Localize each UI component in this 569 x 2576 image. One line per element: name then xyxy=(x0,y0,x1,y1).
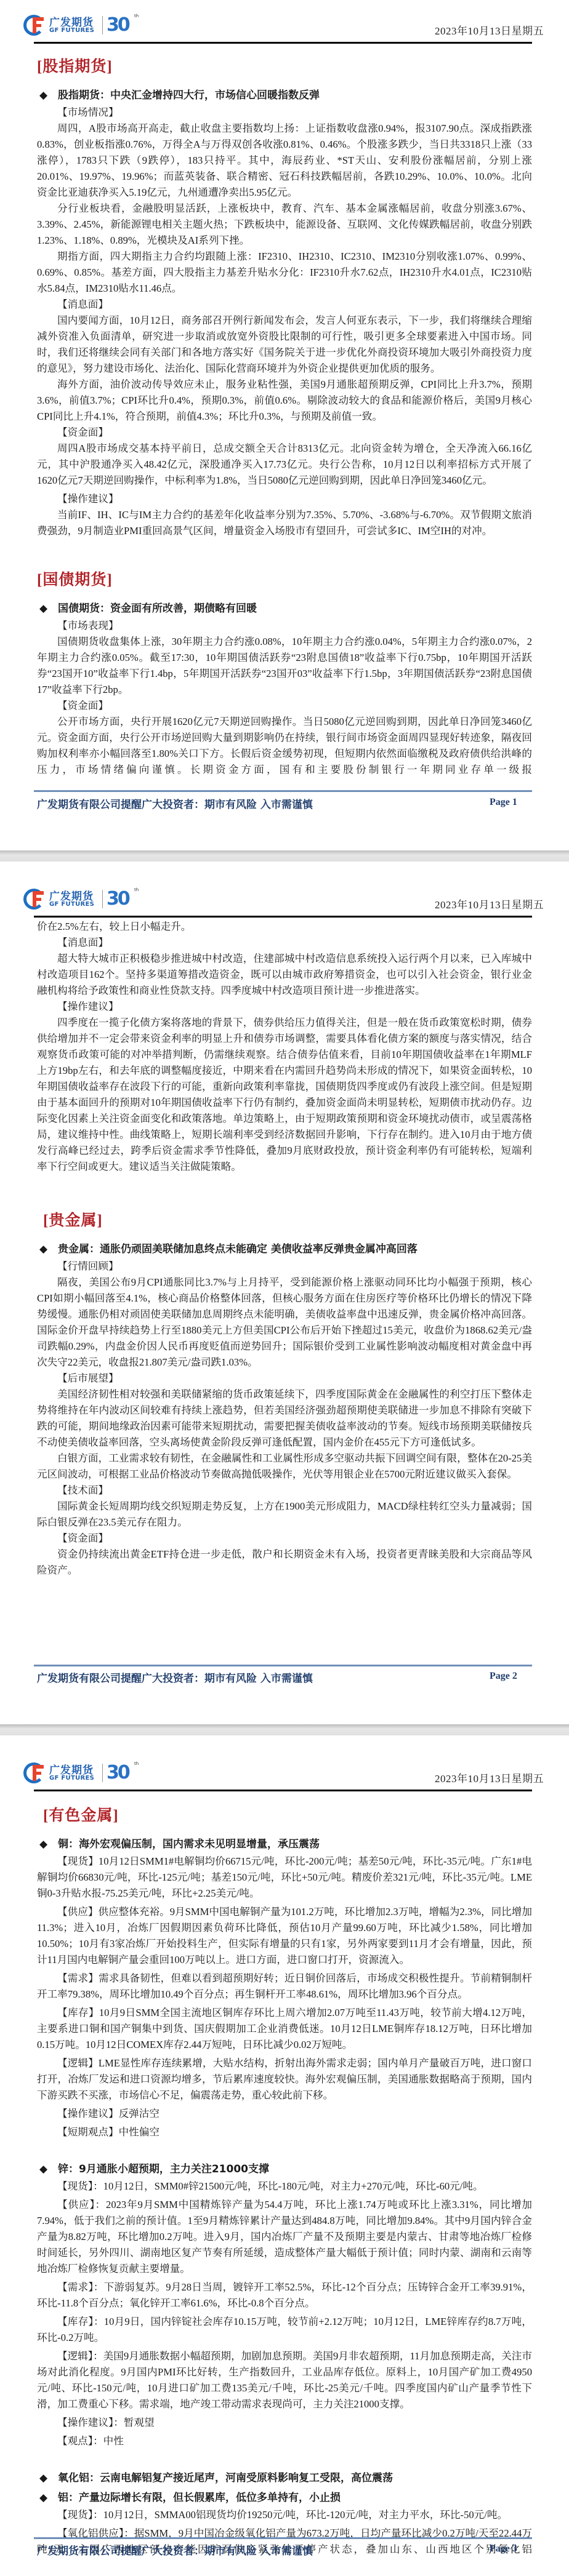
page-3-content: [有色金属] ◆铜：海外宏观偏压制，国内需求未见明显增量，承压震荡 【现货】10… xyxy=(37,1797,532,2558)
item-text: LME显性库存连续累增，大贴水结构，折射出海外需求走弱；国内单月产量破百万吨，进… xyxy=(37,2057,532,2101)
logo-f-icon xyxy=(30,1765,44,1781)
item-label: 【现货】： xyxy=(57,2509,103,2521)
paragraph: 当前IF、IH、IC与IM主力合约的基差年化收益率分别为7.35%、5.70%、… xyxy=(37,507,532,539)
headline-text: 股指期货：中央汇金增持四大行，市场信心回暖指数反弹 xyxy=(58,89,320,102)
section-title-stock-index: [股指期货] xyxy=(37,57,532,78)
item-label: 【供应】： xyxy=(57,2199,106,2210)
label-review: 【行情回顾】 xyxy=(37,1258,532,1274)
item-text: 暂观望 xyxy=(124,2417,155,2428)
footer-disclaimer: 广发期货有限公司提醒广大投资者：期市有风险 入市需谨慎 xyxy=(37,2542,313,2558)
anniversary-suffix: th xyxy=(134,887,139,892)
paragraph: 国债期货收盘集体上涨，30年期主力合约涨0.08%，10年期主力合约涨0.04%… xyxy=(37,634,532,698)
page-1: 广发期货 GF FUTURES 30 th 2023年10月13日星期五 [股指… xyxy=(0,0,569,850)
item-text: 中性偏空 xyxy=(119,2126,159,2138)
logo-en-text: GF FUTURES xyxy=(49,27,94,34)
page-number: Page 3 xyxy=(490,2543,517,2554)
copper-item: 【操作建议】反弹沽空 xyxy=(37,2106,532,2122)
footer-rule xyxy=(34,1665,532,1666)
zinc-item: 【操作建议】：暂观望 xyxy=(37,2415,532,2431)
paragraph: 国内要闻方面，10月12日，商务部召开例行新闻发布会，发言人何亚东表示，下一步，… xyxy=(37,313,532,377)
footer-rule xyxy=(34,2537,532,2539)
anniversary-suffix: th xyxy=(134,1761,139,1766)
zinc-headline: ◆锌：9月通胀小超预期，主力关注21000支撑 xyxy=(37,2161,532,2177)
paragraph: 公开市场方面，央行开展1620亿元7天期逆回购操作。当日5080亿元逆回购到期，… xyxy=(37,714,532,778)
paragraph: 隔夜，美国公布9月CPI通胀同比3.7%与上月持平，受到能源价格上涨驱动同环比均… xyxy=(37,1274,532,1370)
label-outlook: 【后市展望】 xyxy=(37,1370,532,1386)
headline-text: 锌：9月通胀小超预期，主力关注21000支撑 xyxy=(58,2163,269,2175)
item-label: 【库存】： xyxy=(57,2316,104,2327)
item-text: 10月12日，SMMA00铝现货均价19250元/吨，环比-120元/吨，对主力… xyxy=(103,2509,507,2521)
item-label: 【需求】： xyxy=(57,2281,104,2293)
treasury-headline: ◆国债期货：资金面有所改善，期债略有回暖 xyxy=(37,601,532,617)
item-text: 需求具备韧性，但难以看到超预期好转；近日铜价回落后，市场成交积极性提升。节前精铜… xyxy=(37,1972,532,2000)
paragraph: 白银方面，工业需求较有韧性，在金融属性和工业属性形成多空驱动共振下回调空间有限，… xyxy=(37,1450,532,1482)
item-text: 10月12日SMM1#电解铜均价66715元/吨，环比-200元/吨；基差50元… xyxy=(37,1855,532,1899)
headline-text: 铝：产量边际增长有限，但长假累库，低位多单持有，小止损 xyxy=(58,2492,341,2504)
label-market: 【市场情况】 xyxy=(37,105,532,121)
item-label: 【供应】 xyxy=(57,1906,98,1918)
label-advice: 【操作建议】 xyxy=(37,999,532,1015)
paragraph: 周四A股市场成交基本持平前日，总成交额全天合计8313亿元。北向资金转为增仓，全… xyxy=(37,441,532,489)
label-news: 【消息面】 xyxy=(37,935,532,951)
report-date: 2023年10月13日星期五 xyxy=(435,1770,544,1785)
gf-futures-logo: 广发期货 GF FUTURES 30 th xyxy=(23,1761,140,1785)
label-technical: 【技术面】 xyxy=(37,1482,532,1498)
copper-item: 【供应】供应整体充裕。9月SMM中国电解铜产量为101.2万吨，环比增加2.3万… xyxy=(37,1904,532,1968)
item-text: 美国9月通胀数据小幅超预期，加剧加息预期。美国9月非农超预期，11月加息预期走高… xyxy=(37,2350,532,2410)
report-date: 2023年10月13日星期五 xyxy=(435,22,544,38)
zinc-item: 【现货】：10月12日，SMM0#锌21500元/吨，环比-180元/吨，对主力… xyxy=(37,2178,532,2194)
diamond-bullet-icon: ◆ xyxy=(39,601,47,617)
copper-item: 【需求】需求具备韧性，但难以看到超预期好转；近日铜价回落后，市场成交积极性提升。… xyxy=(37,1970,532,2002)
paragraph: 资金仍持续流出黄金ETF持仓进一步走低，散户和长期资金未有入场，投资者更青睐美股… xyxy=(37,1546,532,1578)
logo-en-text: GF FUTURES xyxy=(49,1775,94,1782)
logo-f-icon xyxy=(30,891,44,907)
paragraph: 分行业板块看，金融股明显活跃，上涨板块中，教育、汽车、基本金属涨幅居前，收盘分别… xyxy=(37,201,532,249)
paragraph: 国际黄金长短周期均线交织短期走势反复，上方在1900美元形成阻力，MACD绿柱转… xyxy=(37,1498,532,1530)
section-title-precious-metals: [贵金属] xyxy=(43,1210,532,1231)
zinc-item: 【库存】：10月9日，国内锌锭社会库存10.15万吨，较节前+2.12万吨；10… xyxy=(37,2314,532,2346)
copper-item: 【短期观点】中性偏空 xyxy=(37,2124,532,2140)
anniversary-badge: 30 xyxy=(107,1761,129,1785)
label-funds: 【资金面】 xyxy=(37,698,532,714)
stock-index-headline: ◆股指期货：中央汇金增持四大行，市场信心回暖指数反弹 xyxy=(37,87,532,103)
item-label: 【库存】 xyxy=(57,2007,99,2018)
gf-futures-logo: 广发期货 GF FUTURES 30 th xyxy=(23,887,140,911)
logo-f-icon xyxy=(30,17,44,33)
anniversary-badge: 30 xyxy=(107,887,129,911)
item-label: 【需求】 xyxy=(57,1972,99,1984)
item-text: 中性 xyxy=(103,2435,124,2447)
page-3: 广发期货 GF FUTURES 30 th 2023年10月13日星期五 [有色… xyxy=(0,1735,569,2576)
report-date: 2023年10月13日星期五 xyxy=(435,896,544,911)
page-header: 广发期货 GF FUTURES 30 th 2023年10月13日星期五 xyxy=(0,874,569,918)
footer-rule xyxy=(34,790,532,792)
page-2-content: 价在2.5%左右，较上日小幅走升。 【消息面】 超大特大城市正积极稳步推进城中村… xyxy=(37,919,532,1578)
logo-en-text: GF FUTURES xyxy=(49,901,94,908)
diamond-bullet-icon: ◆ xyxy=(39,1241,47,1257)
paragraph: 周四，A股市场高开高走，截止收盘主要指数均上扬：上证指数收盘涨0.94%，报31… xyxy=(37,121,532,201)
item-text: 2023年9月SMM中国精炼锌产量为54.4万吨，环比上涨1.74万吨或环比上涨… xyxy=(37,2199,532,2274)
item-label: 【操作建议】 xyxy=(57,2108,119,2119)
headline-text: 国债期货：资金面有所改善，期债略有回暖 xyxy=(58,602,257,615)
anniversary-number: 30 xyxy=(107,888,129,910)
page-2: 广发期货 GF FUTURES 30 th 2023年10月13日星期五 价在2… xyxy=(0,862,569,1724)
page-header: 广发期货 GF FUTURES 30 th 2023年10月13日星期五 xyxy=(0,1748,569,1792)
copper-item: 【库存】10月9日SMM全国主流地区铜库存环比上周六增加2.07万吨至11.43… xyxy=(37,2005,532,2053)
alumina-headline: ◆氧化铝：云南电解铝复产接近尾声，河南受原料影响复工受限，高位震荡 xyxy=(37,2470,532,2486)
header-rule xyxy=(34,916,532,918)
label-funds: 【资金面】 xyxy=(37,425,532,441)
copper-item: 【现货】10月12日SMM1#电解铜均价66715元/吨，环比-200元/吨；基… xyxy=(37,1854,532,1902)
diamond-bullet-icon: ◆ xyxy=(39,2470,47,2486)
label-news: 【消息面】 xyxy=(37,297,532,313)
paragraph: 期指方面，四大期指主力合约均跟随上涨：IF2310、IH2310、IC2310、… xyxy=(37,249,532,297)
item-label: 【逻辑】 xyxy=(57,2057,99,2069)
page-header: 广发期货 GF FUTURES 30 th 2023年10月13日星期五 xyxy=(0,0,569,44)
label-funds: 【资金面】 xyxy=(37,1530,532,1546)
footer-disclaimer: 广发期货有限公司提醒广大投资者：期市有风险 入市需谨慎 xyxy=(37,796,313,811)
anniversary-suffix: th xyxy=(134,14,139,18)
diamond-bullet-icon: ◆ xyxy=(39,1836,47,1852)
item-label: 【现货】： xyxy=(57,2180,103,2192)
page-separator xyxy=(0,1724,569,1735)
diamond-bullet-icon: ◆ xyxy=(39,87,47,103)
headline-text: 贵金属：通胀仍顽固美联储加息终点未能确定 美债收益率反弹贵金属冲高回落 xyxy=(58,1243,418,1255)
copper-headline: ◆铜：海外宏观偏压制，国内需求未见明显增量，承压震荡 xyxy=(37,1836,532,1852)
paragraph: 超大特大城市正积极稳步推进城中村改造，住建部城中村改造信息系统投入运行两个月以来… xyxy=(37,951,532,999)
aluminum-headline: ◆铝：产量边际增长有限，但长假累库，低位多单持有，小止损 xyxy=(37,2490,532,2506)
zinc-item: 【需求】：下游弱复苏。9月28日当周，镀锌开工率52.5%，环比-12个百分点；… xyxy=(37,2279,532,2311)
section-title-nonferrous: [有色金属] xyxy=(43,1806,532,1826)
paragraph: 海外方面，油价波动传导效应未止，服务业粘性强，美国9月通胀超预期反弹，CPI同比… xyxy=(37,377,532,425)
item-label: 【逻辑】： xyxy=(57,2350,103,2362)
item-text: 供应整体充裕。9月SMM中国电解铜产量为101.2万吨，环比增加2.3万吨，增幅… xyxy=(37,1906,532,1966)
label-market: 【市场表现】 xyxy=(37,618,532,634)
section-title-treasury: [国债期货] xyxy=(37,570,532,591)
aluminum-item: 【现货】：10月12日，SMMA00铝现货均价19250元/吨，环比-120元/… xyxy=(37,2507,532,2523)
header-rule xyxy=(34,42,532,44)
item-label: 【短期观点】 xyxy=(57,2126,119,2138)
zinc-item: 【逻辑】：美国9月通胀数据小幅超预期，加剧加息预期。美国9月非农超预期，11月加… xyxy=(37,2348,532,2412)
item-label: 【观点】： xyxy=(57,2435,103,2447)
item-label: 【现货】 xyxy=(57,1855,99,1867)
page-separator xyxy=(0,850,569,862)
zinc-item: 【观点】：中性 xyxy=(37,2433,532,2449)
anniversary-badge: 30 xyxy=(107,14,129,37)
headline-text: 氧化铝：云南电解铝复产接近尾声，河南受原料影响复工受限，高位震荡 xyxy=(58,2472,393,2484)
logo-separator xyxy=(102,1764,103,1782)
paragraph: 四季度在一揽子化债方案将落地的背景下，债券供给压力值得关注，但是一般在货币政策宽… xyxy=(37,1015,532,1175)
diamond-bullet-icon: ◆ xyxy=(39,2161,47,2177)
header-rule xyxy=(34,1790,532,1791)
zinc-item: 【供应】：2023年9月SMM中国精炼锌产量为54.4万吨，环比上涨1.74万吨… xyxy=(37,2197,532,2277)
anniversary-number: 30 xyxy=(107,14,129,36)
item-text: 反弹沽空 xyxy=(119,2108,159,2119)
paragraph: 价在2.5%左右，较上日小幅走升。 xyxy=(37,919,532,935)
paragraph: 美国经济韧性相对较强和美联储紧缩的货币政策延续下，四季度国际黄金在金融属性的利空… xyxy=(37,1386,532,1450)
page-number: Page 1 xyxy=(490,797,517,808)
anniversary-number: 30 xyxy=(107,1762,129,1783)
label-advice: 【操作建议】 xyxy=(37,491,532,507)
precious-metals-headline: ◆贵金属：通胀仍顽固美联储加息终点未能确定 美债收益率反弹贵金属冲高回落 xyxy=(37,1241,532,1257)
item-text: 下游弱复苏。9月28日当周，镀锌开工率52.5%，环比-12个百分点；压铸锌合金… xyxy=(37,2281,532,2309)
copper-item: 【逻辑】LME显性库存连续累增，大贴水结构，折射出海外需求走弱；国内单月产量破百… xyxy=(37,2055,532,2103)
diamond-bullet-icon: ◆ xyxy=(39,2490,47,2506)
item-label: 【操作建议】： xyxy=(57,2417,124,2428)
logo-separator xyxy=(102,16,103,34)
item-text: 10月9日SMM全国主流地区铜库存环比上周六增加2.07万吨至11.43万吨，较… xyxy=(37,2007,532,2050)
page-1-content: [股指期货] ◆股指期货：中央汇金增持四大行，市场信心回暖指数反弹 【市场情况】… xyxy=(37,48,532,778)
headline-text: 铜：海外宏观偏压制，国内需求未见明显增量，承压震荡 xyxy=(58,1838,320,1850)
item-text: 10月12日，SMM0#锌21500元/吨，环比-180元/吨，对主力+270元… xyxy=(103,2180,483,2192)
gf-futures-logo: 广发期货 GF FUTURES 30 th xyxy=(23,14,140,37)
footer-disclaimer: 广发期货有限公司提醒广大投资者：期市有风险 入市需谨慎 xyxy=(37,1670,313,1685)
item-text: 10月9日，国内锌锭社会库存10.15万吨，较节前+2.12万吨；10月12日，… xyxy=(37,2316,532,2343)
page-number: Page 2 xyxy=(490,1671,517,1682)
logo-separator xyxy=(102,890,103,908)
